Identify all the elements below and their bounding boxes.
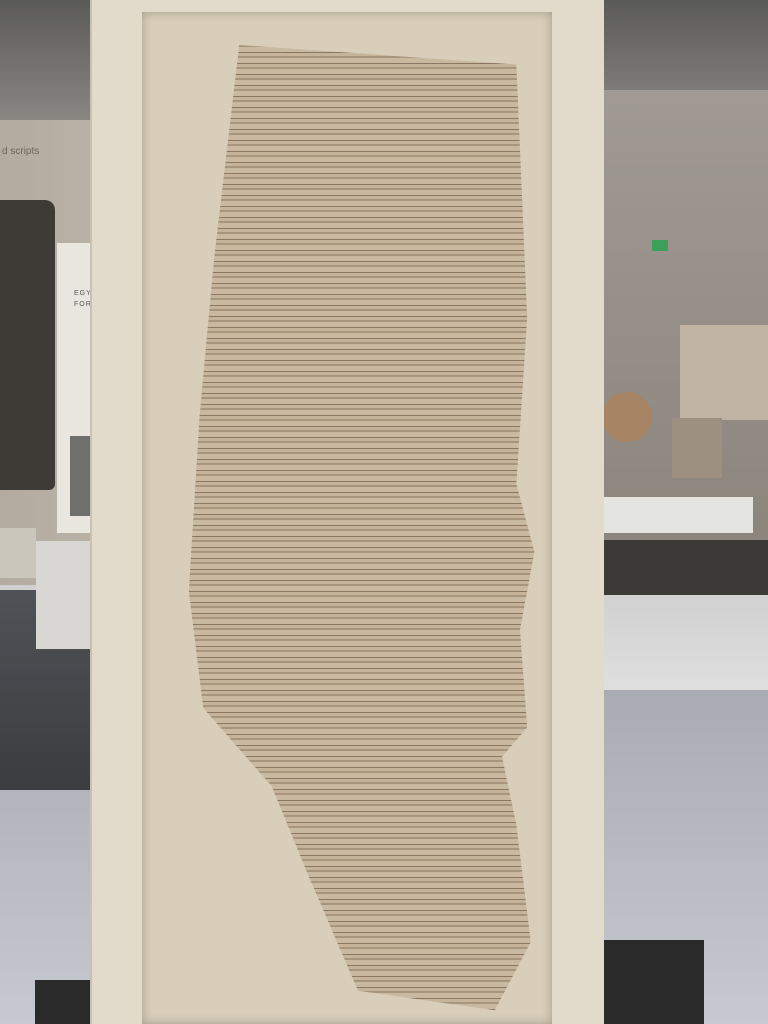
case-label [598, 497, 753, 533]
floor-stand-right [594, 940, 704, 1024]
stone-fragment [672, 418, 722, 478]
wall-text: d scripts [2, 146, 39, 157]
carved-stone [680, 325, 768, 420]
clay-pot [602, 392, 652, 442]
exit-sign [652, 240, 668, 251]
dark-stela [0, 200, 55, 490]
case-base [596, 540, 768, 595]
stone-block-small [0, 528, 36, 578]
